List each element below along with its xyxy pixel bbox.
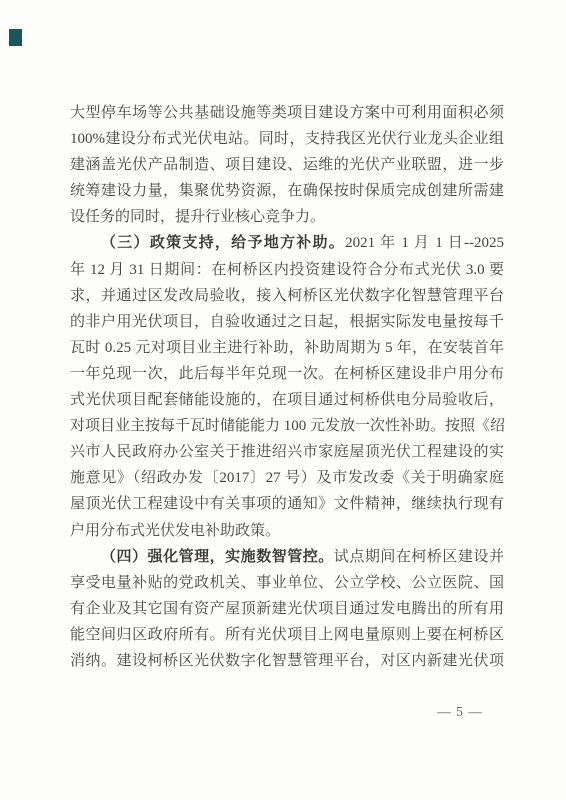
body-text: 兴市人民政府办公室关于推进绍兴市家庭屋顶光伏工程建设的实	[70, 444, 504, 460]
body-text: 瓦时 0.25 元对项目业主进行补助，补助周期为 5 年，在安装首年	[70, 340, 504, 356]
body-text: 一年兑现一次，此后每半年兑现一次。在柯桥区建设非户用分布	[70, 366, 504, 382]
body-text: 求，并通过区发改局验收，接入柯桥区光伏数字化智慧管理平台	[70, 288, 504, 304]
document-line: 的非户用光伏项目，自验收通过之日起，根据实际发电量按每千	[70, 309, 504, 335]
document-line: （三）政策支持，给予地方补助。2021 年 1 月 1 日--2025	[70, 230, 504, 256]
body-text: 试点期间在柯桥区建设并	[334, 549, 504, 565]
body-text: 施意见》（绍政办发〔2017〕27 号）及市发改委《关于明确家庭	[70, 470, 504, 486]
corner-mark	[9, 29, 22, 46]
document-line: 100%建设分布式光伏电站。同时，支持我区光伏行业龙头企业组	[70, 126, 504, 152]
document-text: 大型停车场等公共基础设施等类项目建设方案中可利用面积必须100%建设分布式光伏电…	[70, 100, 504, 674]
body-text: 建涵盖光伏产品制造、项目建设、运维的光伏产业联盟，进一步	[70, 157, 504, 173]
document-line: 建涵盖光伏产品制造、项目建设、运维的光伏产业联盟，进一步	[70, 152, 504, 178]
document-line: （四）强化管理，实施数智管控。试点期间在柯桥区建设并	[70, 544, 504, 570]
body-text: 享受电量补贴的党政机关、事业单位、公立学校、公立医院、国	[70, 575, 504, 591]
document-page: 大型停车场等公共基础设施等类项目建设方案中可利用面积必须100%建设分布式光伏电…	[0, 0, 566, 800]
document-line: 设任务的同时，提升行业核心竞争力。	[70, 204, 504, 230]
body-text: 有企业及其它国有资产屋顶新建光伏项目通过发电腾出的所有用	[70, 601, 504, 617]
document-line: 一年兑现一次，此后每半年兑现一次。在柯桥区建设非户用分布	[70, 361, 504, 387]
heading-text: （三）政策支持，给予地方补助。	[101, 235, 345, 251]
document-line: 能空间归区政府所有。所有光伏项目上网电量原则上要在柯桥区	[70, 622, 504, 648]
page-number: — 5 —	[410, 704, 510, 720]
document-line: 瓦时 0.25 元对项目业主进行补助，补助周期为 5 年，在安装首年	[70, 335, 504, 361]
document-line: 大型停车场等公共基础设施等类项目建设方案中可利用面积必须	[70, 100, 504, 126]
document-line: 统筹建设力量，集聚优势资源，在确保按时保质完成创建所需建	[70, 178, 504, 204]
heading-text: （四）强化管理，实施数智管控。	[101, 549, 334, 565]
body-text: 大型停车场等公共基础设施等类项目建设方案中可利用面积必须	[70, 105, 504, 121]
body-text: 设任务的同时，提升行业核心竞争力。	[70, 209, 325, 225]
body-text: 的非户用光伏项目，自验收通过之日起，根据实际发电量按每千	[70, 314, 504, 330]
body-text: 统筹建设力量，集聚优势资源，在确保按时保质完成创建所需建	[70, 183, 504, 199]
document-line: 户用分布式光伏发电补助政策。	[70, 518, 504, 544]
document-line: 屋顶光伏工程建设中有关事项的通知》文件精神，继续执行现有	[70, 491, 504, 517]
body-text: 能空间归区政府所有。所有光伏项目上网电量原则上要在柯桥区	[70, 627, 504, 643]
document-line: 施意见》（绍政办发〔2017〕27 号）及市发改委《关于明确家庭	[70, 465, 504, 491]
document-line: 式光伏项目配套储能设施的，在项目通过柯桥供电分局验收后，	[70, 387, 504, 413]
body-text: 对项目业主按每千瓦时储能能力 100 元发放一次性补助。按照《绍	[70, 418, 505, 434]
document-line: 消纳。建设柯桥区光伏数字化智慧管理平台，对区内新建光伏项	[70, 648, 504, 674]
body-text: 年 12 月 31 日期间：在柯桥区内投资建设符合分布式光伏 3.0 要	[70, 262, 504, 278]
body-text: 100%建设分布式光伏电站。同时，支持我区光伏行业龙头企业组	[70, 131, 504, 147]
document-line: 求，并通过区发改局验收，接入柯桥区光伏数字化智慧管理平台	[70, 283, 504, 309]
body-text: 屋顶光伏工程建设中有关事项的通知》文件精神，继续执行现有	[70, 496, 504, 512]
document-line: 享受电量补贴的党政机关、事业单位、公立学校、公立医院、国	[70, 570, 504, 596]
document-line: 年 12 月 31 日期间：在柯桥区内投资建设符合分布式光伏 3.0 要	[70, 257, 504, 283]
body-text: 户用分布式光伏发电补助政策。	[70, 523, 280, 539]
body-text: 消纳。建设柯桥区光伏数字化智慧管理平台，对区内新建光伏项	[70, 653, 504, 669]
document-line: 对项目业主按每千瓦时储能能力 100 元发放一次性补助。按照《绍	[70, 413, 504, 439]
body-text: 式光伏项目配套储能设施的，在项目通过柯桥供电分局验收后，	[70, 392, 504, 408]
document-line: 有企业及其它国有资产屋顶新建光伏项目通过发电腾出的所有用	[70, 596, 504, 622]
body-text: 2021 年 1 月 1 日--2025	[345, 235, 504, 251]
document-line: 兴市人民政府办公室关于推进绍兴市家庭屋顶光伏工程建设的实	[70, 439, 504, 465]
